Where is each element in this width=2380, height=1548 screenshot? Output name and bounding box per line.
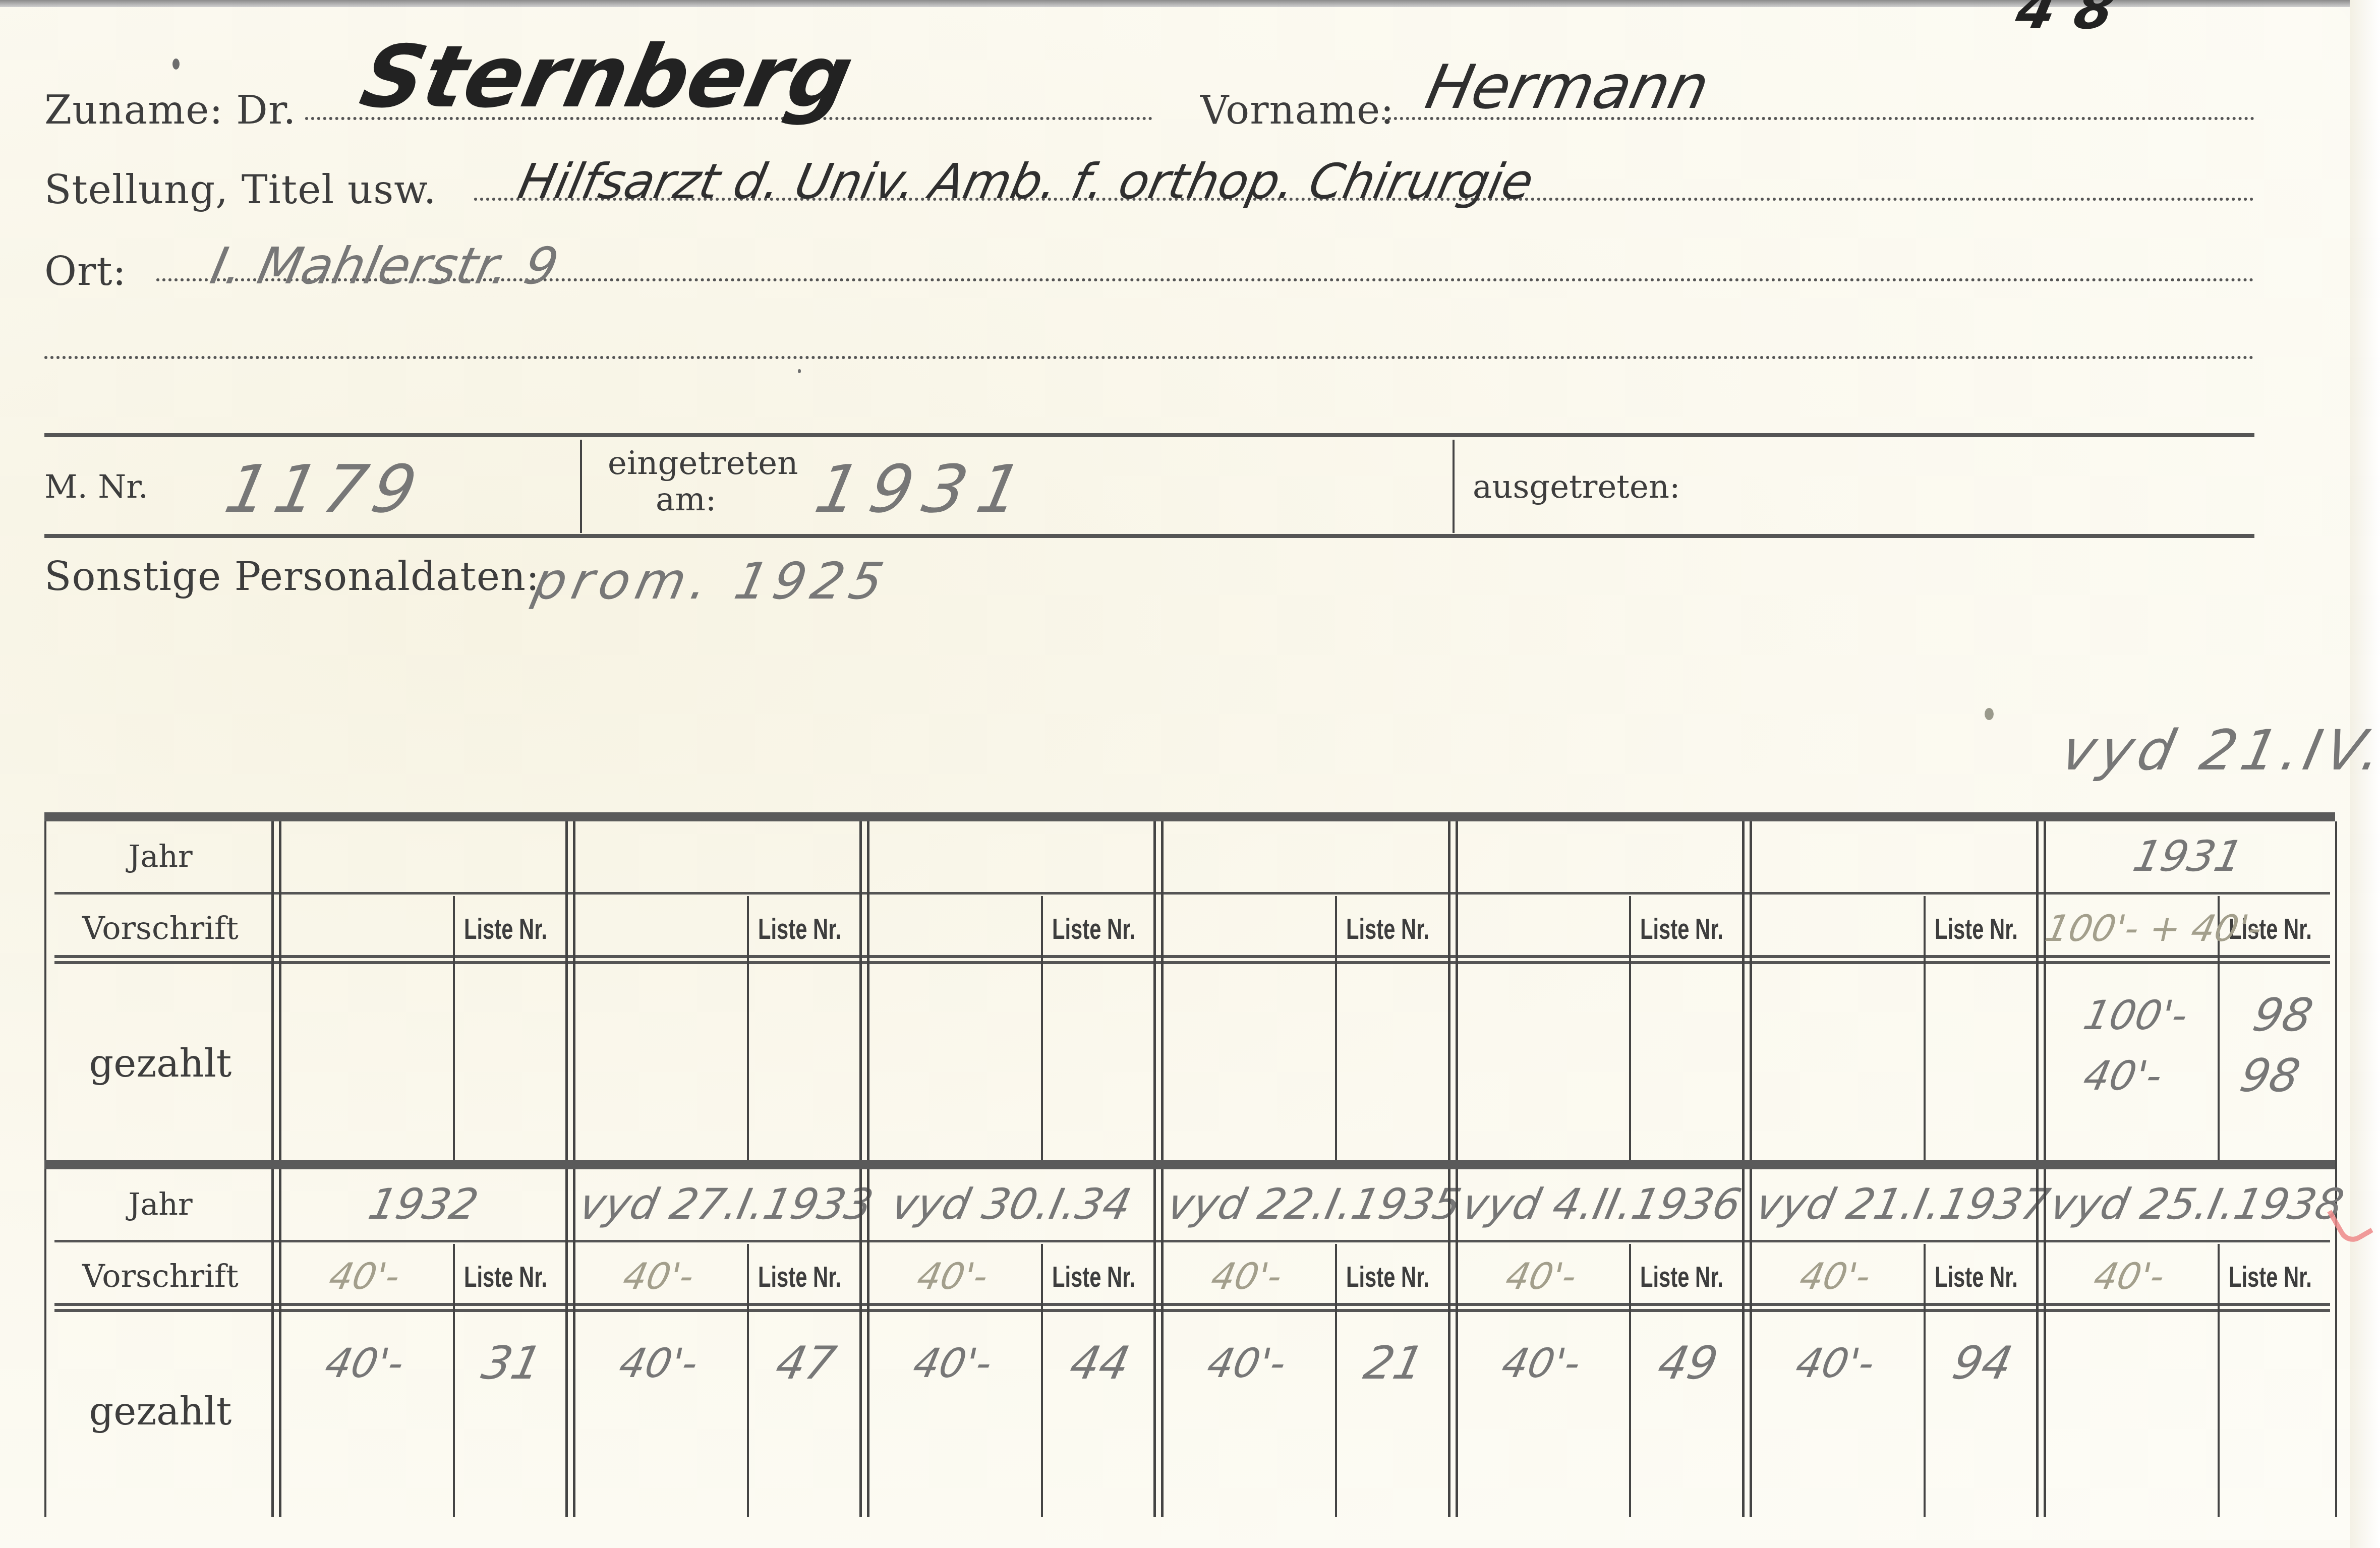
vorname-value[interactable]: Hermann <box>1420 52 1715 123</box>
stellung-value[interactable]: Hilfsarzt d. Univ. Amb. f. orthop. Chiru… <box>513 153 1538 210</box>
membership-divider-1 <box>580 440 582 533</box>
upper-gezahlt-value[interactable]: 100'- 40'- <box>2033 985 2225 1106</box>
lower-liste-value[interactable]: 47 <box>745 1333 866 1394</box>
lower-liste-nr-label: Liste Nr. <box>1640 1260 1723 1294</box>
lower-vorschrift-value[interactable]: 40'- <box>1159 1255 1334 1297</box>
lower-col-separator <box>1448 1169 1458 1517</box>
upper-col-separator <box>565 821 575 1169</box>
lower-liste-nr-label: Liste Nr. <box>1052 1260 1135 1294</box>
lower-vorschrift-value[interactable]: 40'- <box>2042 1255 2217 1297</box>
ink-spot <box>1985 708 1994 720</box>
lower-gezahlt-label: gezahlt <box>44 1389 276 1434</box>
lower-jahr-value[interactable]: vyd 27.I.1933 <box>575 1179 860 1229</box>
upper-liste-nr-label: Liste Nr. <box>1640 912 1723 946</box>
upper-liste-divider <box>1041 896 1043 1169</box>
lower-gezahlt-value[interactable]: 40'- <box>1746 1333 1925 1394</box>
upper-liste-divider <box>747 896 749 1169</box>
ausgetreten-label: ausgetreten: <box>1473 468 1680 506</box>
upper-col-separator <box>859 821 869 1169</box>
upper-col-separator <box>271 821 281 1169</box>
lower-jahr-value[interactable]: vyd 4.II.1936 <box>1458 1179 1742 1229</box>
upper-vorschrift-value[interactable]: 100'- + 40'- <box>2042 907 2217 949</box>
lower-gezahlt-value[interactable]: 40'- <box>275 1333 454 1394</box>
extra-line <box>44 356 2254 359</box>
lower-liste-value[interactable]: 21 <box>1334 1333 1455 1394</box>
zuname-value[interactable]: Sternberg <box>353 27 861 127</box>
lower-gezahlt-value[interactable]: 40'- <box>1157 1333 1337 1394</box>
membership-divider-2 <box>1453 440 1455 533</box>
eingetreten-label: eingetreten <box>608 445 798 482</box>
lower-top-rule <box>44 1160 2335 1169</box>
upper-col-separator <box>1742 821 1752 1169</box>
side-note[interactable]: vyd 21.IV. <box>2056 718 2380 783</box>
vorname-label: Vorname: <box>1200 88 1395 133</box>
lower-jahr-label: Jahr <box>44 1187 276 1222</box>
upper-vorschrift-separator <box>54 955 2330 964</box>
upper-liste-value[interactable]: 98 98 <box>2210 985 2343 1106</box>
lower-vorschrift-value[interactable]: 40'- <box>277 1255 452 1297</box>
upper-gezahlt-label: gezahlt <box>44 1041 276 1086</box>
upper-liste-nr-label: Liste Nr. <box>464 912 547 946</box>
lower-col-separator <box>1153 1169 1164 1517</box>
sonstige-label: Sonstige Personaldaten: <box>44 554 540 600</box>
membership-box-top <box>44 433 2254 437</box>
lower-vorschrift-value[interactable]: 40'- <box>1748 1255 1923 1297</box>
lower-liste-nr-label: Liste Nr. <box>464 1260 547 1294</box>
lower-liste-nr-label: Liste Nr. <box>1935 1260 2018 1294</box>
upper-liste-nr-label: Liste Nr. <box>1935 912 2018 946</box>
eingetreten-am-label: am: <box>656 481 716 518</box>
lower-jahr-value[interactable]: vyd 21.I.1937 <box>1752 1179 2036 1229</box>
lower-liste-value[interactable]: 49 <box>1628 1333 1749 1394</box>
lower-gezahlt-value[interactable]: 40'- <box>569 1333 748 1394</box>
upper-liste-nr-label: Liste Nr. <box>758 912 841 946</box>
upper-jahr-value[interactable]: 1931 <box>2046 831 2330 881</box>
mnr-value[interactable]: 1179 <box>219 451 430 527</box>
ort-value[interactable]: I. Mahlerstr. 9 <box>206 236 564 295</box>
upper-liste-nr-label: Liste Nr. <box>1052 912 1135 946</box>
membership-box-bottom <box>44 534 2254 538</box>
lower-liste-value[interactable]: 94 <box>1922 1333 2043 1394</box>
lower-vorschrift-label: Vorschrift <box>44 1258 276 1294</box>
upper-col-separator <box>2036 821 2046 1169</box>
lower-liste-divider <box>2218 1244 2220 1517</box>
upper-vorschrift-label: Vorschrift <box>44 910 276 946</box>
lower-jahr-separator <box>54 1240 2330 1242</box>
lower-gezahlt-value[interactable]: 40'- <box>863 1333 1042 1394</box>
lower-jahr-value[interactable]: 1932 <box>281 1179 566 1229</box>
upper-liste-divider <box>453 896 455 1169</box>
lower-col-separator <box>1742 1169 1752 1517</box>
upper-liste-divider <box>1924 896 1926 1169</box>
lower-liste-value[interactable]: 31 <box>451 1333 572 1394</box>
stellung-label: Stellung, Titel usw. <box>44 167 437 213</box>
lower-liste-nr-label: Liste Nr. <box>1346 1260 1429 1294</box>
lower-col-separator <box>271 1169 281 1517</box>
top-corner-mark: 4 8 <box>2010 0 2121 41</box>
upper-jahr-separator <box>54 892 2330 895</box>
ink-spot <box>172 58 180 70</box>
upper-liste-divider <box>1629 896 1631 1169</box>
lower-col-separator <box>565 1169 575 1517</box>
eingetreten-value[interactable]: 1931 <box>809 451 1040 527</box>
lower-vorschrift-value[interactable]: 40'- <box>571 1255 746 1297</box>
lower-liste-nr-label: Liste Nr. <box>2229 1260 2312 1294</box>
ink-spot <box>798 369 801 373</box>
lower-vorschrift-value[interactable]: 40'- <box>865 1255 1040 1297</box>
lower-col-separator <box>859 1169 869 1517</box>
upper-top-rule <box>44 812 2335 821</box>
lower-liste-value[interactable]: 44 <box>1039 1333 1160 1394</box>
lower-jahr-value[interactable]: vyd 25.I.1938 <box>2046 1179 2330 1229</box>
lower-jahr-value[interactable]: vyd 22.I.1935 <box>1164 1179 1448 1229</box>
upper-liste-divider <box>1335 896 1337 1169</box>
lower-vorschrift-value[interactable]: 40'- <box>1454 1255 1629 1297</box>
membership-card: 4 8 Zuname: Dr. Sternberg Vorname: Herma… <box>0 7 2350 1540</box>
upper-liste-nr-label: Liste Nr. <box>1346 912 1429 946</box>
lower-col-separator <box>2036 1169 2046 1517</box>
upper-jahr-label: Jahr <box>44 839 276 874</box>
lower-vorschrift-separator <box>54 1303 2330 1312</box>
lower-gezahlt-value[interactable]: 40'- <box>1452 1333 1631 1394</box>
lower-jahr-value[interactable]: vyd 30.I.34 <box>869 1179 1154 1229</box>
lower-liste-nr-label: Liste Nr. <box>758 1260 841 1294</box>
mnr-label: M. Nr. <box>44 468 148 506</box>
zuname-label: Zuname: Dr. <box>44 88 296 133</box>
upper-col-separator <box>1153 821 1164 1169</box>
upper-col-separator <box>1448 821 1458 1169</box>
sonstige-value[interactable]: prom. 1925 <box>529 552 895 611</box>
ort-label: Ort: <box>44 249 127 294</box>
